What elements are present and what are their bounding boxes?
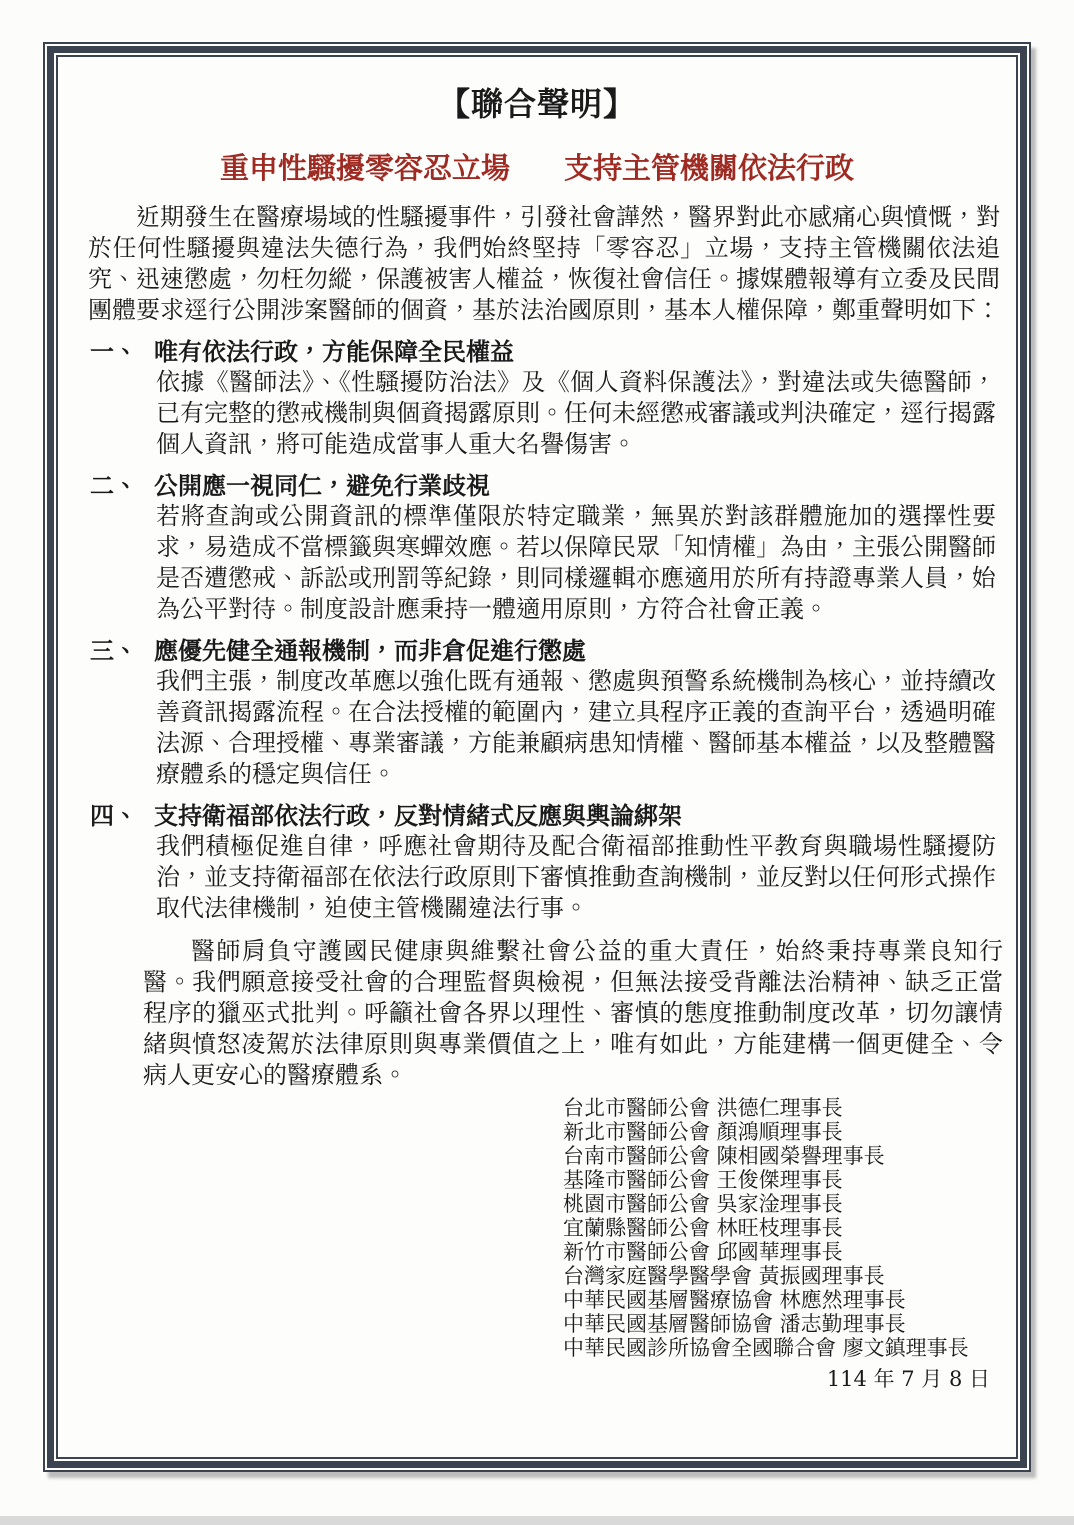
decorative-border-middle: 【聯合聲明】 重申性騷擾零容忍立場支持主管機關依法行政 近期發生在醫療場域的性騷…: [47, 46, 1027, 1468]
signatory-line: 新北市醫師公會 顏鴻順理事長: [563, 1120, 1016, 1144]
section-1-number: 一、: [90, 336, 154, 367]
section-3-heading: 應優先健全通報機制，而非倉促進行懲處: [154, 635, 586, 666]
section-1-heading: 唯有依法行政，方能保障全民權益: [154, 336, 514, 367]
section-2-heading-row: 二、 公開應一視同仁，避免行業歧視: [90, 470, 996, 501]
signatory-line: 桃園市醫師公會 吳家淦理事長: [563, 1192, 1016, 1216]
section-4-heading: 支持衛福部依法行政，反對情緒式反應與輿論綁架: [154, 800, 682, 831]
closing-paragraph: 醫師肩負守護國民健康與維繫社會公益的重大責任，始終秉持專業良知行醫。我們願意接受…: [143, 936, 1003, 1091]
section-3-heading-row: 三、 應優先健全通報機制，而非倉促進行懲處: [90, 635, 996, 666]
signatory-line: 基隆市醫師公會 王俊傑理事長: [563, 1168, 1016, 1192]
subtitle-right-phrase: 支持主管機關依法行政: [564, 151, 854, 185]
signatory-line: 台南市醫師公會 陳相國榮譽理事長: [563, 1144, 1016, 1168]
section-4-number: 四、: [90, 800, 154, 831]
section-2-body: 若將查詢或公開資訊的標準僅限於特定職業，無異於對該群體施加的選擇性要求，易造成不…: [156, 501, 996, 625]
section-1: 一、 唯有依法行政，方能保障全民權益 依據《醫師法》、《性騷擾防治法》及《個人資…: [58, 336, 1016, 460]
section-3: 三、 應優先健全通報機制，而非倉促進行懲處 我們主張，制度改革應以強化既有通報、…: [58, 635, 1016, 790]
signatory-line: 宜蘭縣醫師公會 林旺枝理事長: [563, 1216, 1016, 1240]
section-3-number: 三、: [90, 635, 154, 666]
document-date: 114 年 7 月 8 日: [58, 1365, 990, 1393]
section-3-body: 我們主張，制度改革應以強化既有通報、懲處與預警系統機制為核心，並持續改善資訊揭露…: [156, 666, 996, 790]
signatory-line: 中華民國基層醫療協會 林應然理事長: [563, 1288, 1016, 1312]
section-4: 四、 支持衛福部依法行政，反對情緒式反應與輿論綁架 我們積極促進自律，呼應社會期…: [58, 800, 1016, 924]
intro-paragraph: 近期發生在醫療場域的性騷擾事件，引發社會譁然，醫界對此亦感痛心與憤慨，對於任何性…: [88, 202, 1000, 326]
section-1-heading-row: 一、 唯有依法行政，方能保障全民權益: [90, 336, 996, 367]
signatory-line: 台灣家庭醫學醫學會 黃振國理事長: [563, 1264, 1016, 1288]
section-4-heading-row: 四、 支持衛福部依法行政，反對情緒式反應與輿論綁架: [90, 800, 996, 831]
signatory-line: 中華民國診所協會全國聯合會 廖文鎮理事長: [563, 1336, 1016, 1360]
signatory-line: 新竹市醫師公會 邱國華理事長: [563, 1240, 1016, 1264]
bottom-gray-strip: [0, 1516, 1074, 1525]
signatory-line: 中華民國基層醫師協會 潘志勤理事長: [563, 1312, 1016, 1336]
document-subtitle: 重申性騷擾零容忍立場支持主管機關依法行政: [58, 149, 1016, 187]
section-2: 二、 公開應一視同仁，避免行業歧視 若將查詢或公開資訊的標準僅限於特定職業，無異…: [58, 470, 1016, 625]
section-4-body: 我們積極促進自律，呼應社會期待及配合衛福部推動性平教育與職場性騷擾防治，並支持衛…: [156, 831, 996, 924]
decorative-border-frame: 【聯合聲明】 重申性騷擾零容忍立場支持主管機關依法行政 近期發生在醫療場域的性騷…: [43, 42, 1031, 1472]
signatory-line: 台北市醫師公會 洪德仁理事長: [563, 1096, 1016, 1120]
document-title: 【聯合聲明】: [58, 83, 1016, 125]
section-2-number: 二、: [90, 470, 154, 501]
signatory-list: 台北市醫師公會 洪德仁理事長 新北市醫師公會 顏鴻順理事長 台南市醫師公會 陳相…: [563, 1096, 1016, 1360]
section-2-heading: 公開應一視同仁，避免行業歧視: [154, 470, 490, 501]
section-1-body: 依據《醫師法》、《性騷擾防治法》及《個人資料保護法》，對違法或失德醫師，已有完整…: [156, 367, 996, 460]
subtitle-left-phrase: 重申性騷擾零容忍立場: [220, 151, 510, 185]
statement-page: 【聯合聲明】 重申性騷擾零容忍立場支持主管機關依法行政 近期發生在醫療場域的性騷…: [0, 0, 1074, 1525]
document-content-area: 【聯合聲明】 重申性騷擾零容忍立場支持主管機關依法行政 近期發生在醫療場域的性騷…: [56, 55, 1018, 1459]
